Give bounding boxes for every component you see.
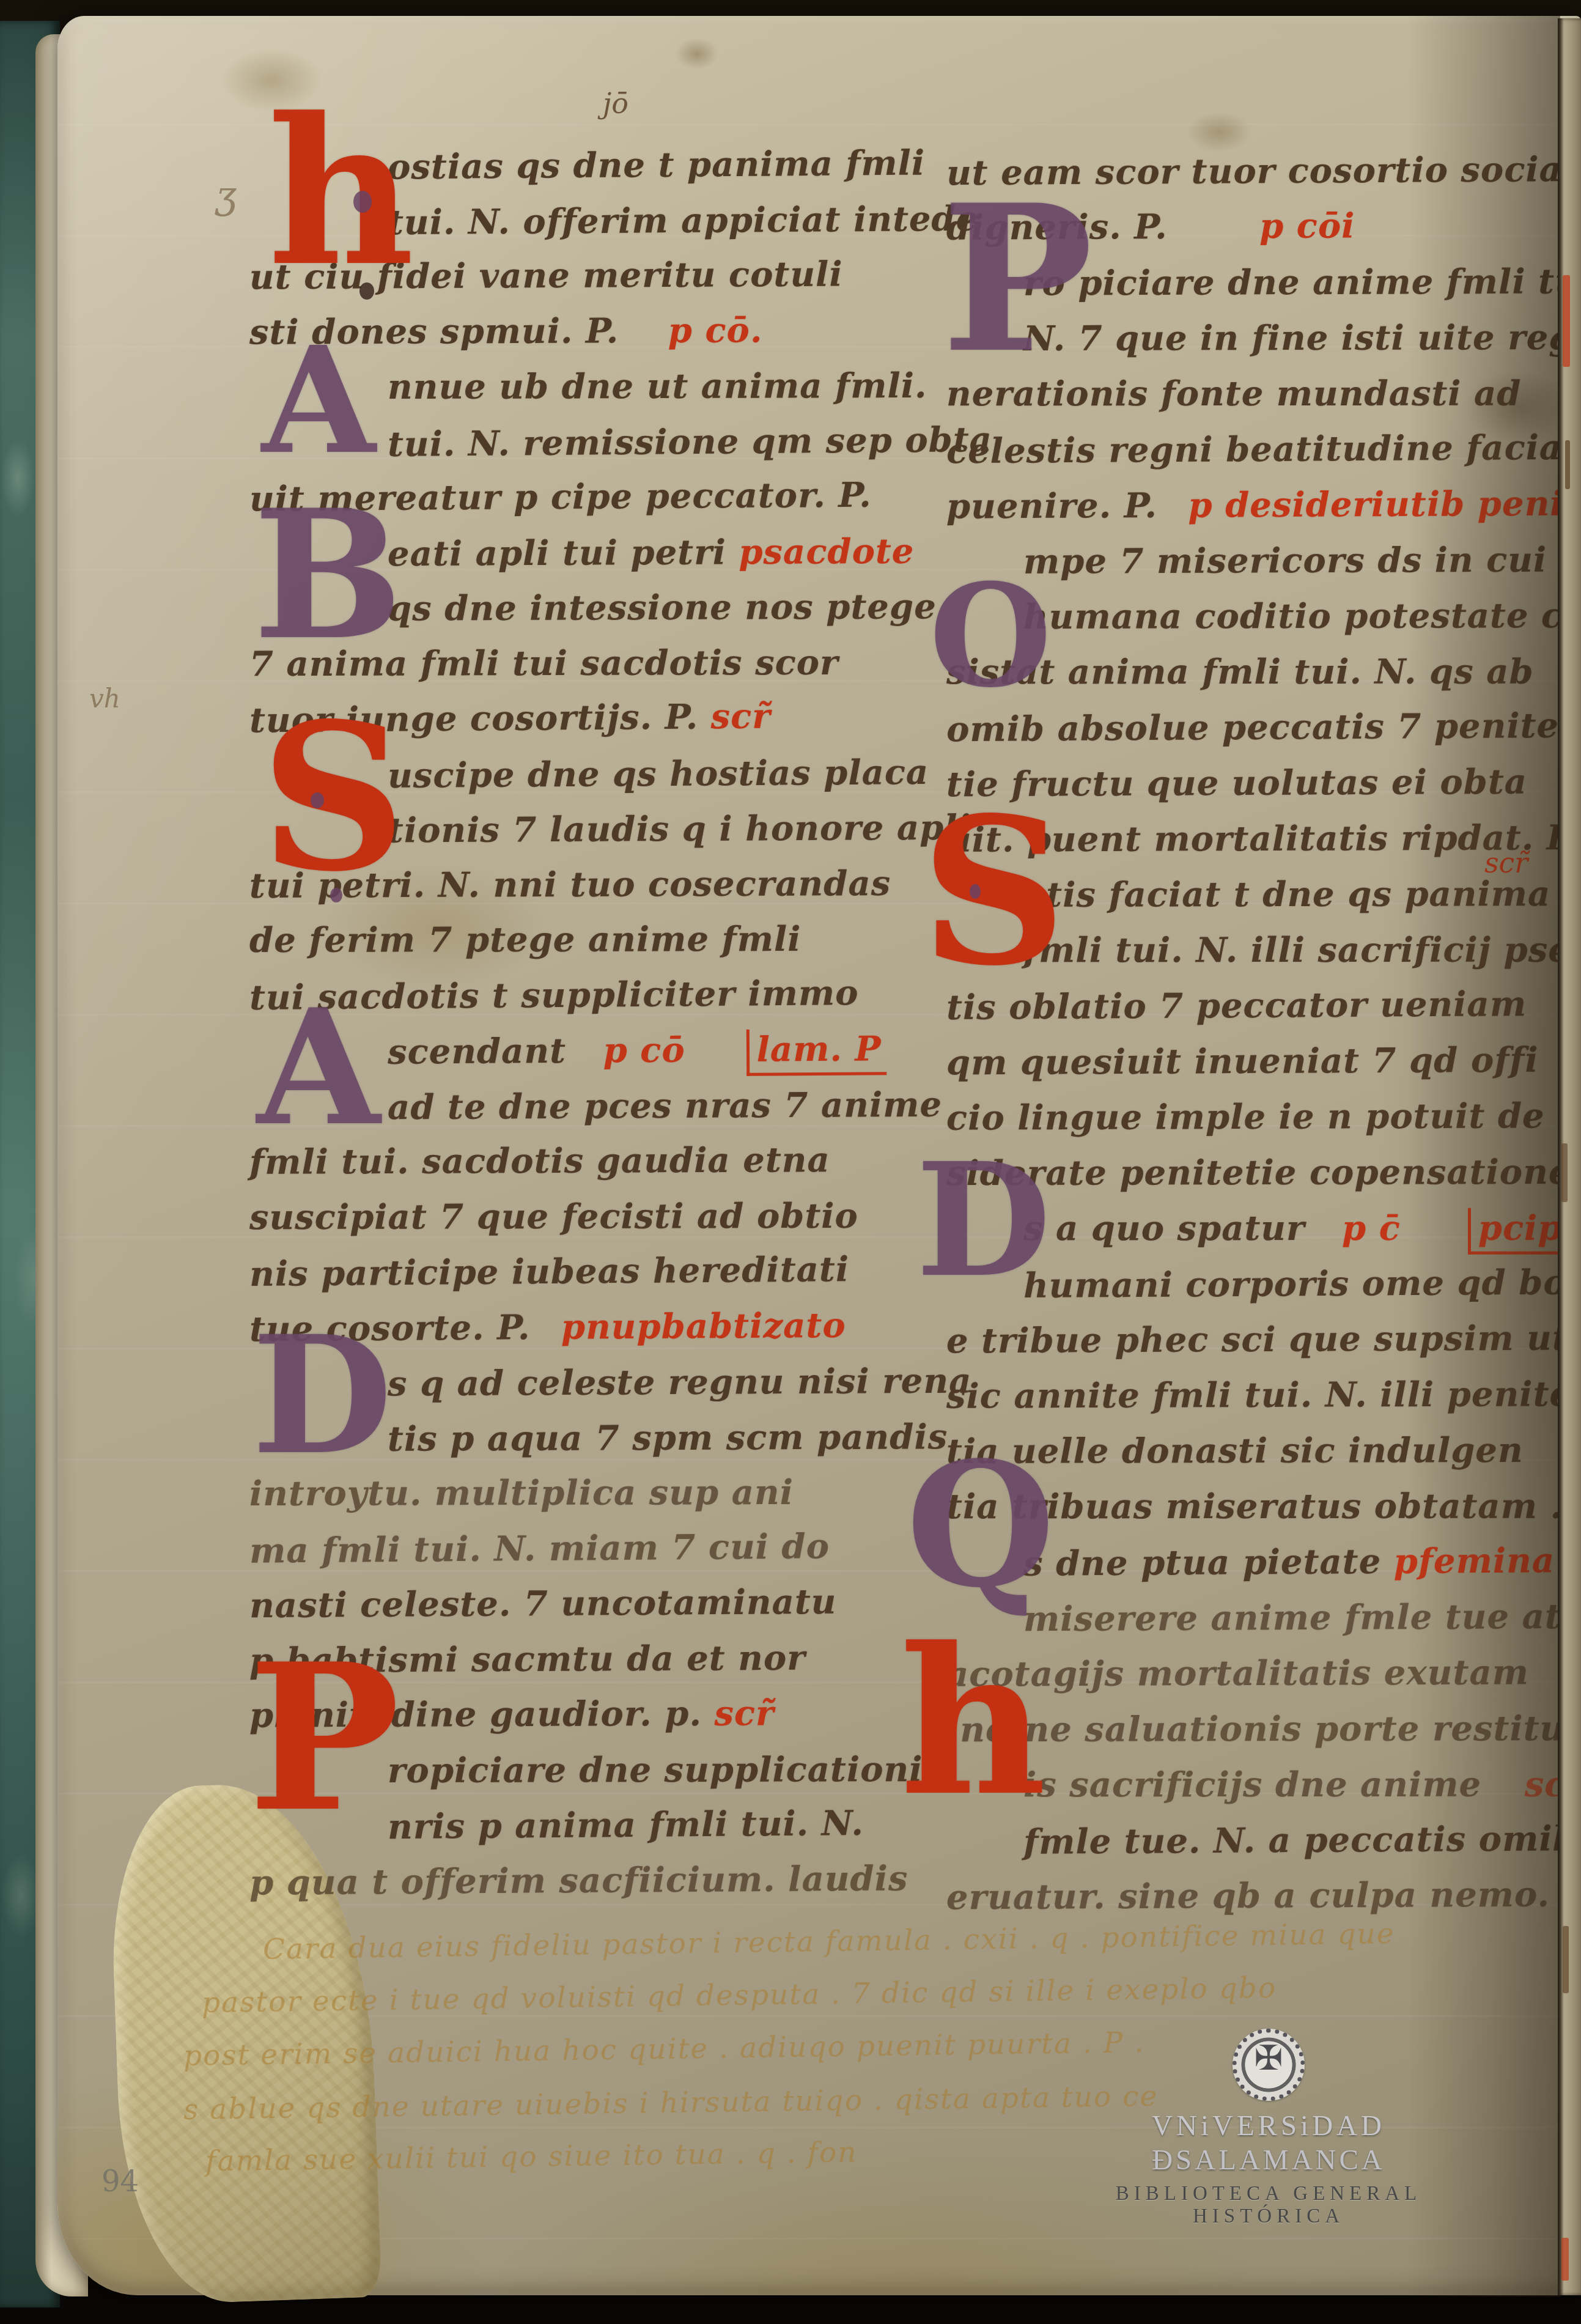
- rubric-text: psacdote: [739, 531, 914, 572]
- body-text: suscipiat 7 que fecisti ad obtio: [249, 1195, 858, 1237]
- manuscript-line: tis p aqua 7 spm scm pandis: [388, 1420, 948, 1456]
- manuscript-line: nris p anima fmli tui. N.: [388, 1806, 864, 1844]
- manuscript-scan: ostias qs dne t panima fmlitui. N. offer…: [0, 0, 1581, 2324]
- manuscript-line: scendant p cōlam. P: [388, 1031, 886, 1069]
- body-text: scendant: [388, 1031, 579, 1072]
- parchment-page: ostias qs dne t panima fmlitui. N. offer…: [57, 16, 1581, 2295]
- initial-ornament-dot: [311, 792, 324, 808]
- faded-addition-line: famla sue xulii tui qo siue ito tua . q …: [205, 2138, 858, 2176]
- illuminated-initial: A: [257, 1006, 380, 1131]
- initial-ornament-dot: [353, 191, 372, 213]
- manuscript-line: nasti celeste. 7 uncotaminatu: [249, 1585, 837, 1623]
- body-text: eati apli tui petri: [388, 532, 739, 574]
- facing-page-text-fragment: [1565, 440, 1570, 489]
- manuscript-line: ad te dne pces nras 7 anime: [388, 1087, 942, 1124]
- facing-page-text-fragment: [1563, 1926, 1569, 1993]
- rubric-text: scr̃: [714, 1693, 774, 1733]
- rubric-text: p cō: [603, 1030, 685, 1071]
- illuminated-initial: S: [260, 719, 406, 876]
- watermark-university-line1: VNiVERSiDAD: [1094, 2109, 1443, 2142]
- manuscript-line: uscipe dne qs hostias placa: [388, 755, 929, 793]
- body-text: de ferim 7 ptege anime fmli: [249, 919, 802, 961]
- watermark-library-name: BIBLIOTECA GENERAL HISTÓRICA: [1094, 2183, 1443, 2228]
- manuscript-line: tionis 7 laudis q i honore apli: [388, 811, 971, 848]
- body-text: tui. N. offerim appiciat intede: [388, 198, 979, 242]
- manuscript-line: eati apli tui petri psacdote: [388, 534, 915, 571]
- body-text: ad te dne pces nras 7 anime: [388, 1084, 942, 1127]
- faded-addition-line: pastor ecte i tue qd voluisti qd desputa…: [202, 1974, 1277, 2018]
- margin-mark: 94: [101, 2164, 139, 2199]
- margin-mark: vh: [89, 684, 120, 714]
- rubric-text: pnupbabtizato: [561, 1305, 846, 1347]
- illuminated-initial: A: [262, 344, 375, 458]
- body-text: ostias qs dne t panima fmli: [388, 142, 926, 187]
- facing-page-text-fragment: [1561, 1143, 1568, 1202]
- body-text: s a quo spatur: [1023, 1208, 1317, 1249]
- manuscript-line: suscipiat 7 que fecisti ad obtio: [249, 1198, 858, 1234]
- body-text: ma fmli tui. N. miam 7 cui do: [249, 1526, 830, 1571]
- body-text: nis participe iubeas hereditati: [249, 1249, 850, 1294]
- illuminated-initial: D: [252, 1333, 392, 1459]
- watermark-university-line2: ÐSALAMANCA: [1094, 2144, 1443, 2177]
- library-watermark: ✠ VNiVERSiDAD ÐSALAMANCA BIBLIOTECA GENE…: [1094, 2029, 1443, 2228]
- manuscript-line: tui. N. remissione qm sep obta: [388, 422, 992, 462]
- body-text: tui. N. remissione qm sep obta: [388, 419, 992, 465]
- initial-ornament-dot: [359, 282, 374, 300]
- facing-page-text-fragment: [1563, 275, 1570, 367]
- manuscript-line: tui. N. offerim appiciat intede: [388, 201, 979, 239]
- rubric-text: p cō.: [668, 310, 763, 351]
- manuscript-line: nis participe iubeas hereditati: [249, 1252, 849, 1291]
- body-text: tis p aqua 7 spm scm pandis: [388, 1417, 948, 1459]
- rubric-text: scr̃: [710, 696, 771, 737]
- illuminated-initial: P: [248, 1659, 400, 1817]
- gutter-shadow: [1407, 16, 1560, 2296]
- manuscript-line: de ferim 7 ptege anime fmli: [249, 922, 802, 957]
- body-text: puenire. P.: [946, 485, 1170, 527]
- body-text: uscipe dne qs hostias placa: [388, 752, 929, 796]
- illuminated-initial: h: [268, 114, 415, 271]
- initial-ornament-dot: [970, 884, 981, 899]
- manuscript-line: ropiciare dne supplicationib: [388, 1752, 948, 1787]
- manuscript-line: ma fmli tui. N. miam 7 cui do: [249, 1529, 830, 1568]
- facing-page-text-fragment: [1561, 2238, 1569, 2281]
- margin-mark: jō: [603, 87, 628, 120]
- rubric-text: lam. P: [746, 1028, 886, 1076]
- manuscript-line: p qua t offerim sacfiicium. laudis: [249, 1861, 908, 1900]
- illuminated-initial: B: [253, 506, 403, 644]
- illuminated-initial: D: [916, 1160, 1051, 1282]
- body-text: nris p anima fmli tui. N.: [388, 1803, 864, 1847]
- manuscript-line: nnue ub dne ut anima fmli.: [388, 369, 927, 404]
- body-text: s dne ptua pietate: [1023, 1541, 1394, 1584]
- body-text: tionis 7 laudis q i honore apli: [388, 808, 971, 851]
- manuscript-line: ostias qs dne t panima fmli: [388, 146, 926, 184]
- facing-page-edge: [1558, 18, 1581, 2295]
- body-text: p qua t offerim sacfiicium. laudis: [249, 1858, 908, 1903]
- faded-addition-line: Cara dua eius fideliu pastor i recta fam…: [263, 1919, 1395, 1964]
- margin-mark: ʒ: [215, 172, 237, 217]
- manuscript-line: s q ad celeste regnu nisi rena: [388, 1363, 972, 1401]
- illuminated-initial: S: [921, 813, 1066, 970]
- body-text: ropiciare dne supplicationib: [388, 1749, 948, 1790]
- manuscript-line: qs dne intessione nos ptege: [388, 589, 937, 625]
- university-seal-icon: ✠: [1233, 2029, 1305, 2101]
- rubric-text: p c̄: [1342, 1208, 1401, 1249]
- illuminated-initial: P: [942, 201, 1093, 358]
- illuminated-initial: h: [900, 1643, 1047, 1801]
- body-text: qs dne intessione nos ptege: [388, 586, 937, 629]
- seal-figure-icon: ✠: [1237, 2042, 1300, 2076]
- body-text: s q ad celeste regnu nisi rena: [388, 1360, 972, 1404]
- illuminated-initial: O: [929, 582, 1052, 692]
- illuminated-initial: Q: [906, 1459, 1055, 1592]
- rubric-text: p cōi: [1259, 205, 1355, 246]
- body-text: nnue ub dne ut anima fmli.: [388, 366, 927, 407]
- initial-ornament-dot: [330, 888, 342, 902]
